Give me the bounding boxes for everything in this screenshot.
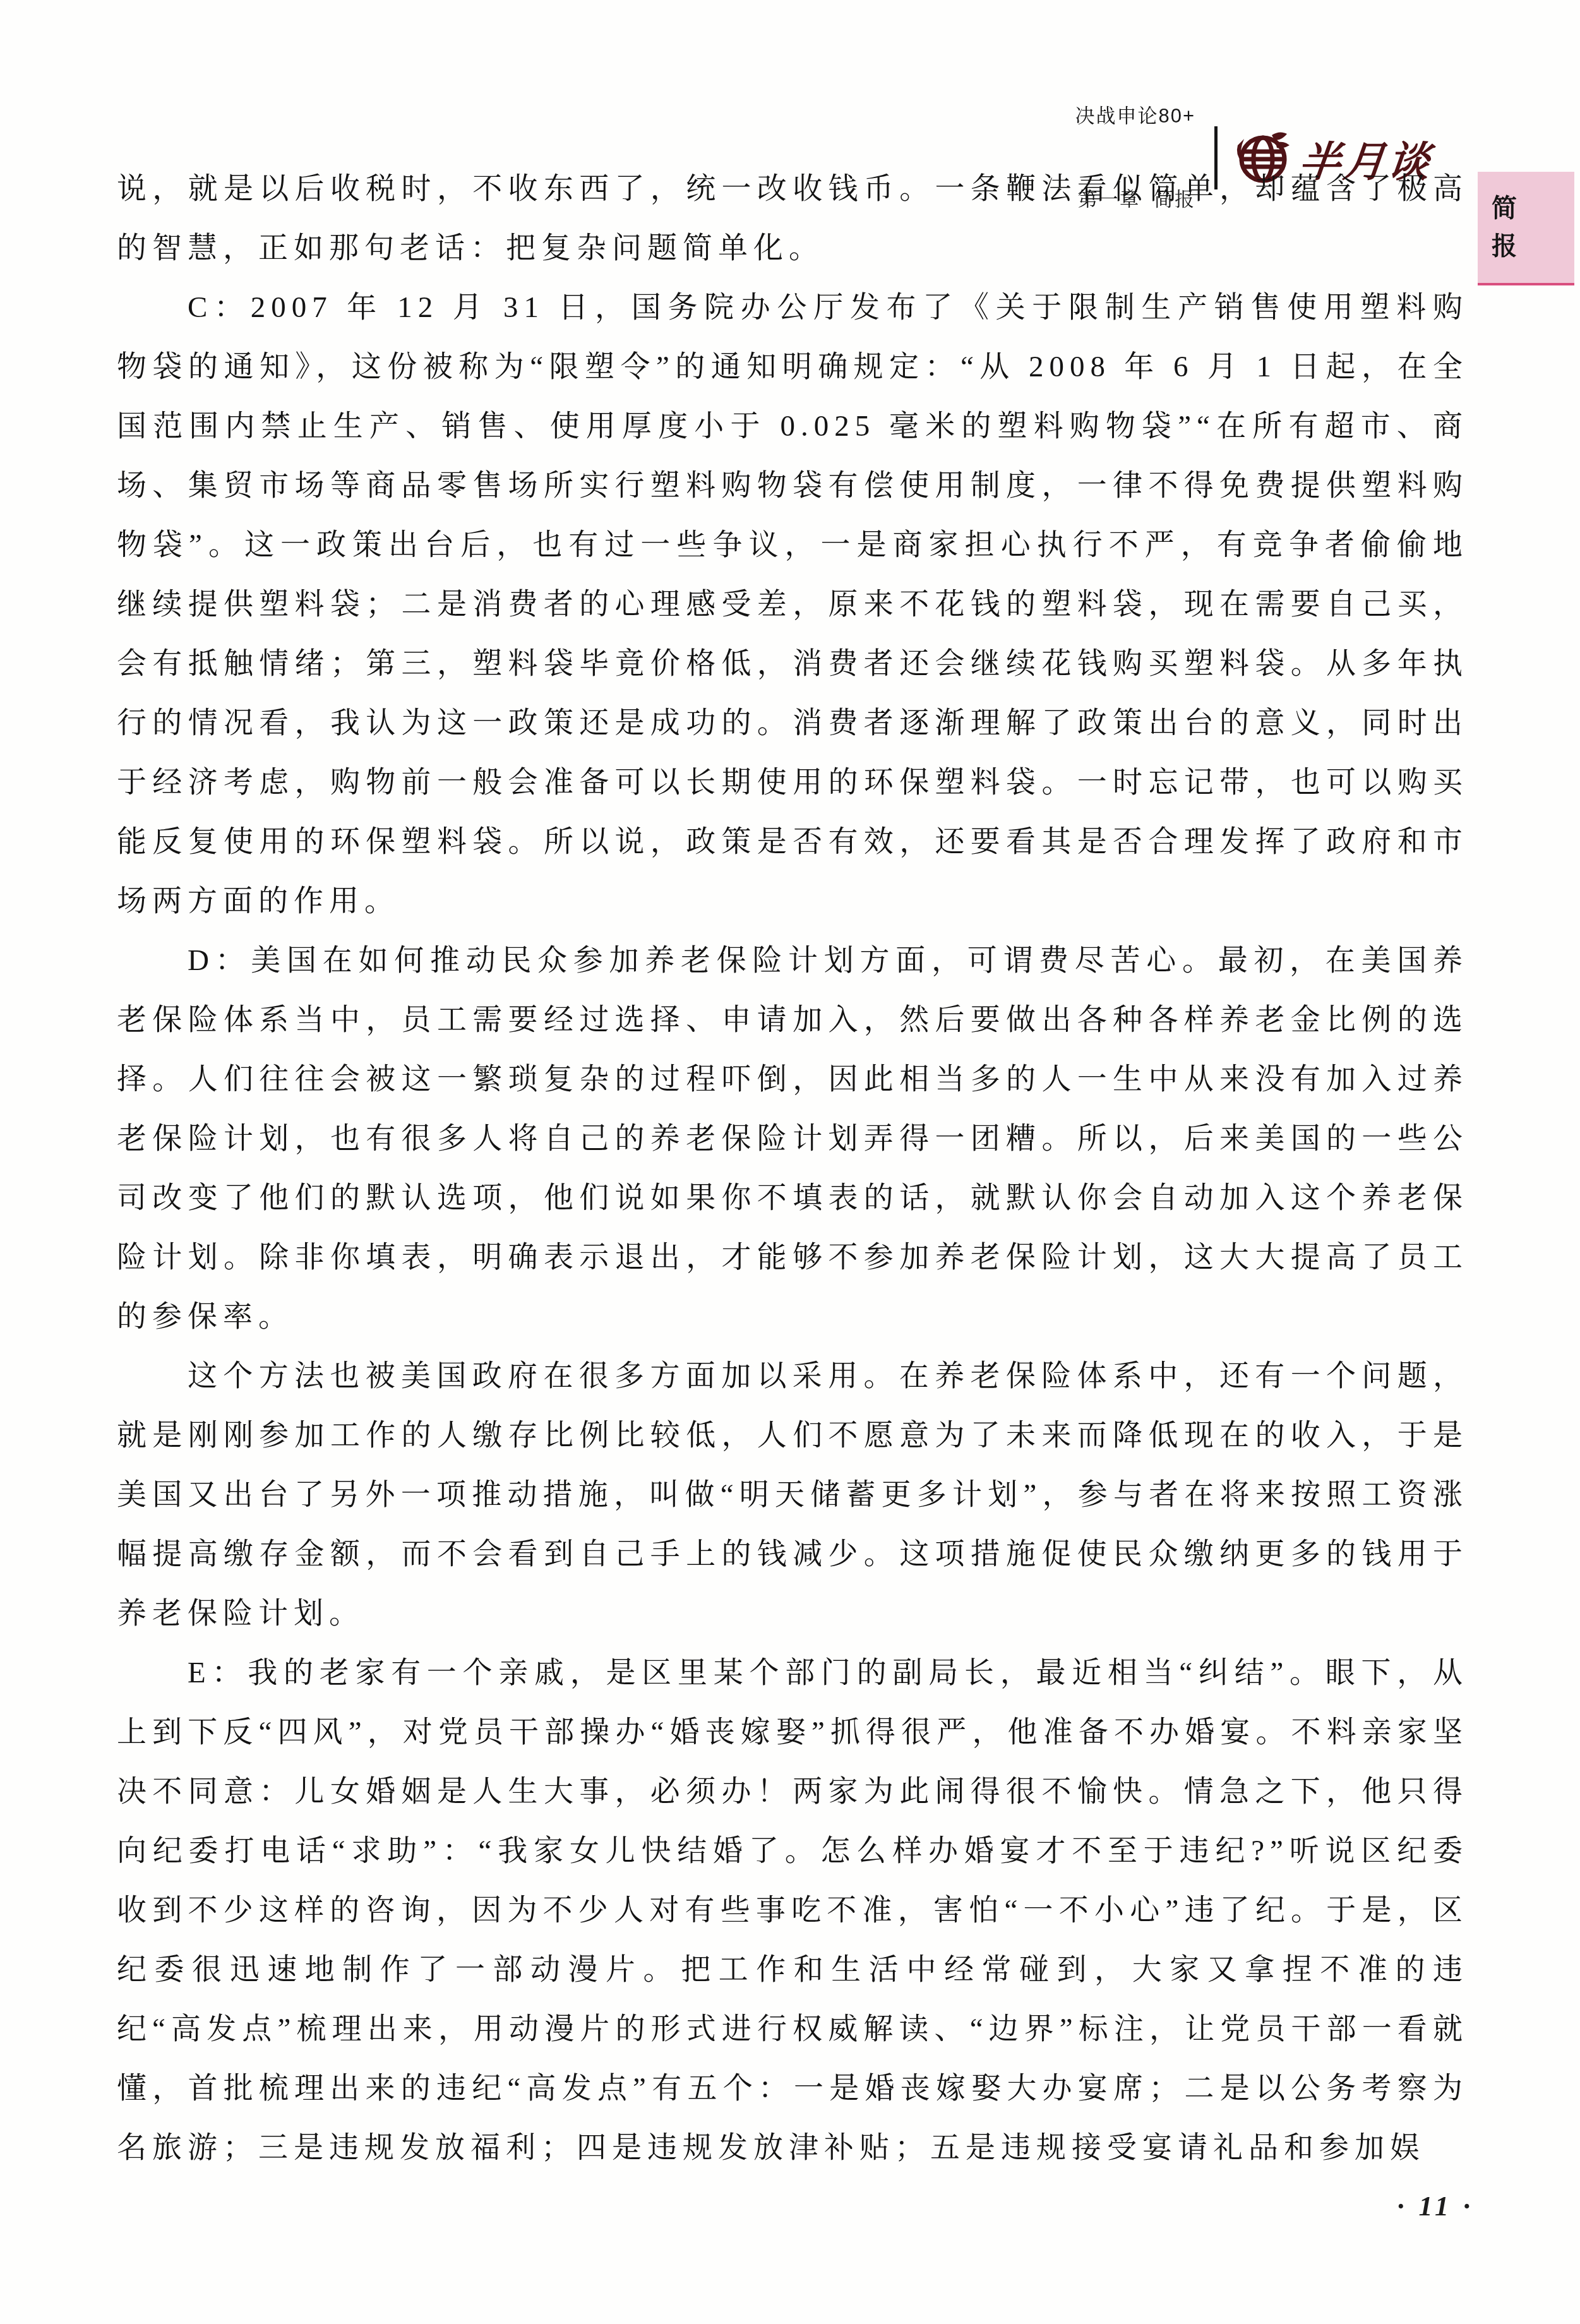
paragraph: 这个方法也被美国政府在很多方面加以采用。在养老保险体系中，还有一个问题，就是刚刚… <box>117 1346 1468 1643</box>
chapter-side-tab: 简 报 <box>1478 172 1574 285</box>
book-title: 决战申论80+ <box>1075 102 1195 130</box>
side-tab-label-char: 简 <box>1492 189 1574 227</box>
paragraph: D：美国在如何推动民众参加养老保险计划方面，可谓费尽苦心。最初，在美国养老保险体… <box>117 931 1468 1346</box>
page-number: · 11 · <box>1397 2190 1474 2222</box>
paragraph: 说，就是以后收税时，不收东西了，统一改收钱币。一条鞭法看似简单，却蕴含了极高的智… <box>117 159 1468 278</box>
body-text: 说，就是以后收税时，不收东西了，统一改收钱币。一条鞭法看似简单，却蕴含了极高的智… <box>117 159 1468 2177</box>
paragraph: C：2007 年 12 月 31 日，国务院办公厅发布了《关于限制生产销售使用塑… <box>117 278 1468 931</box>
book-page: 决战申论80+ 第一章 简报 半月谈 <box>0 0 1580 2324</box>
side-tab-label-char: 报 <box>1492 227 1574 265</box>
paragraph: E：我的老家有一个亲戚，是区里某个部门的副局长，最近相当“纠结”。眼下，从上到下… <box>117 1643 1468 2177</box>
